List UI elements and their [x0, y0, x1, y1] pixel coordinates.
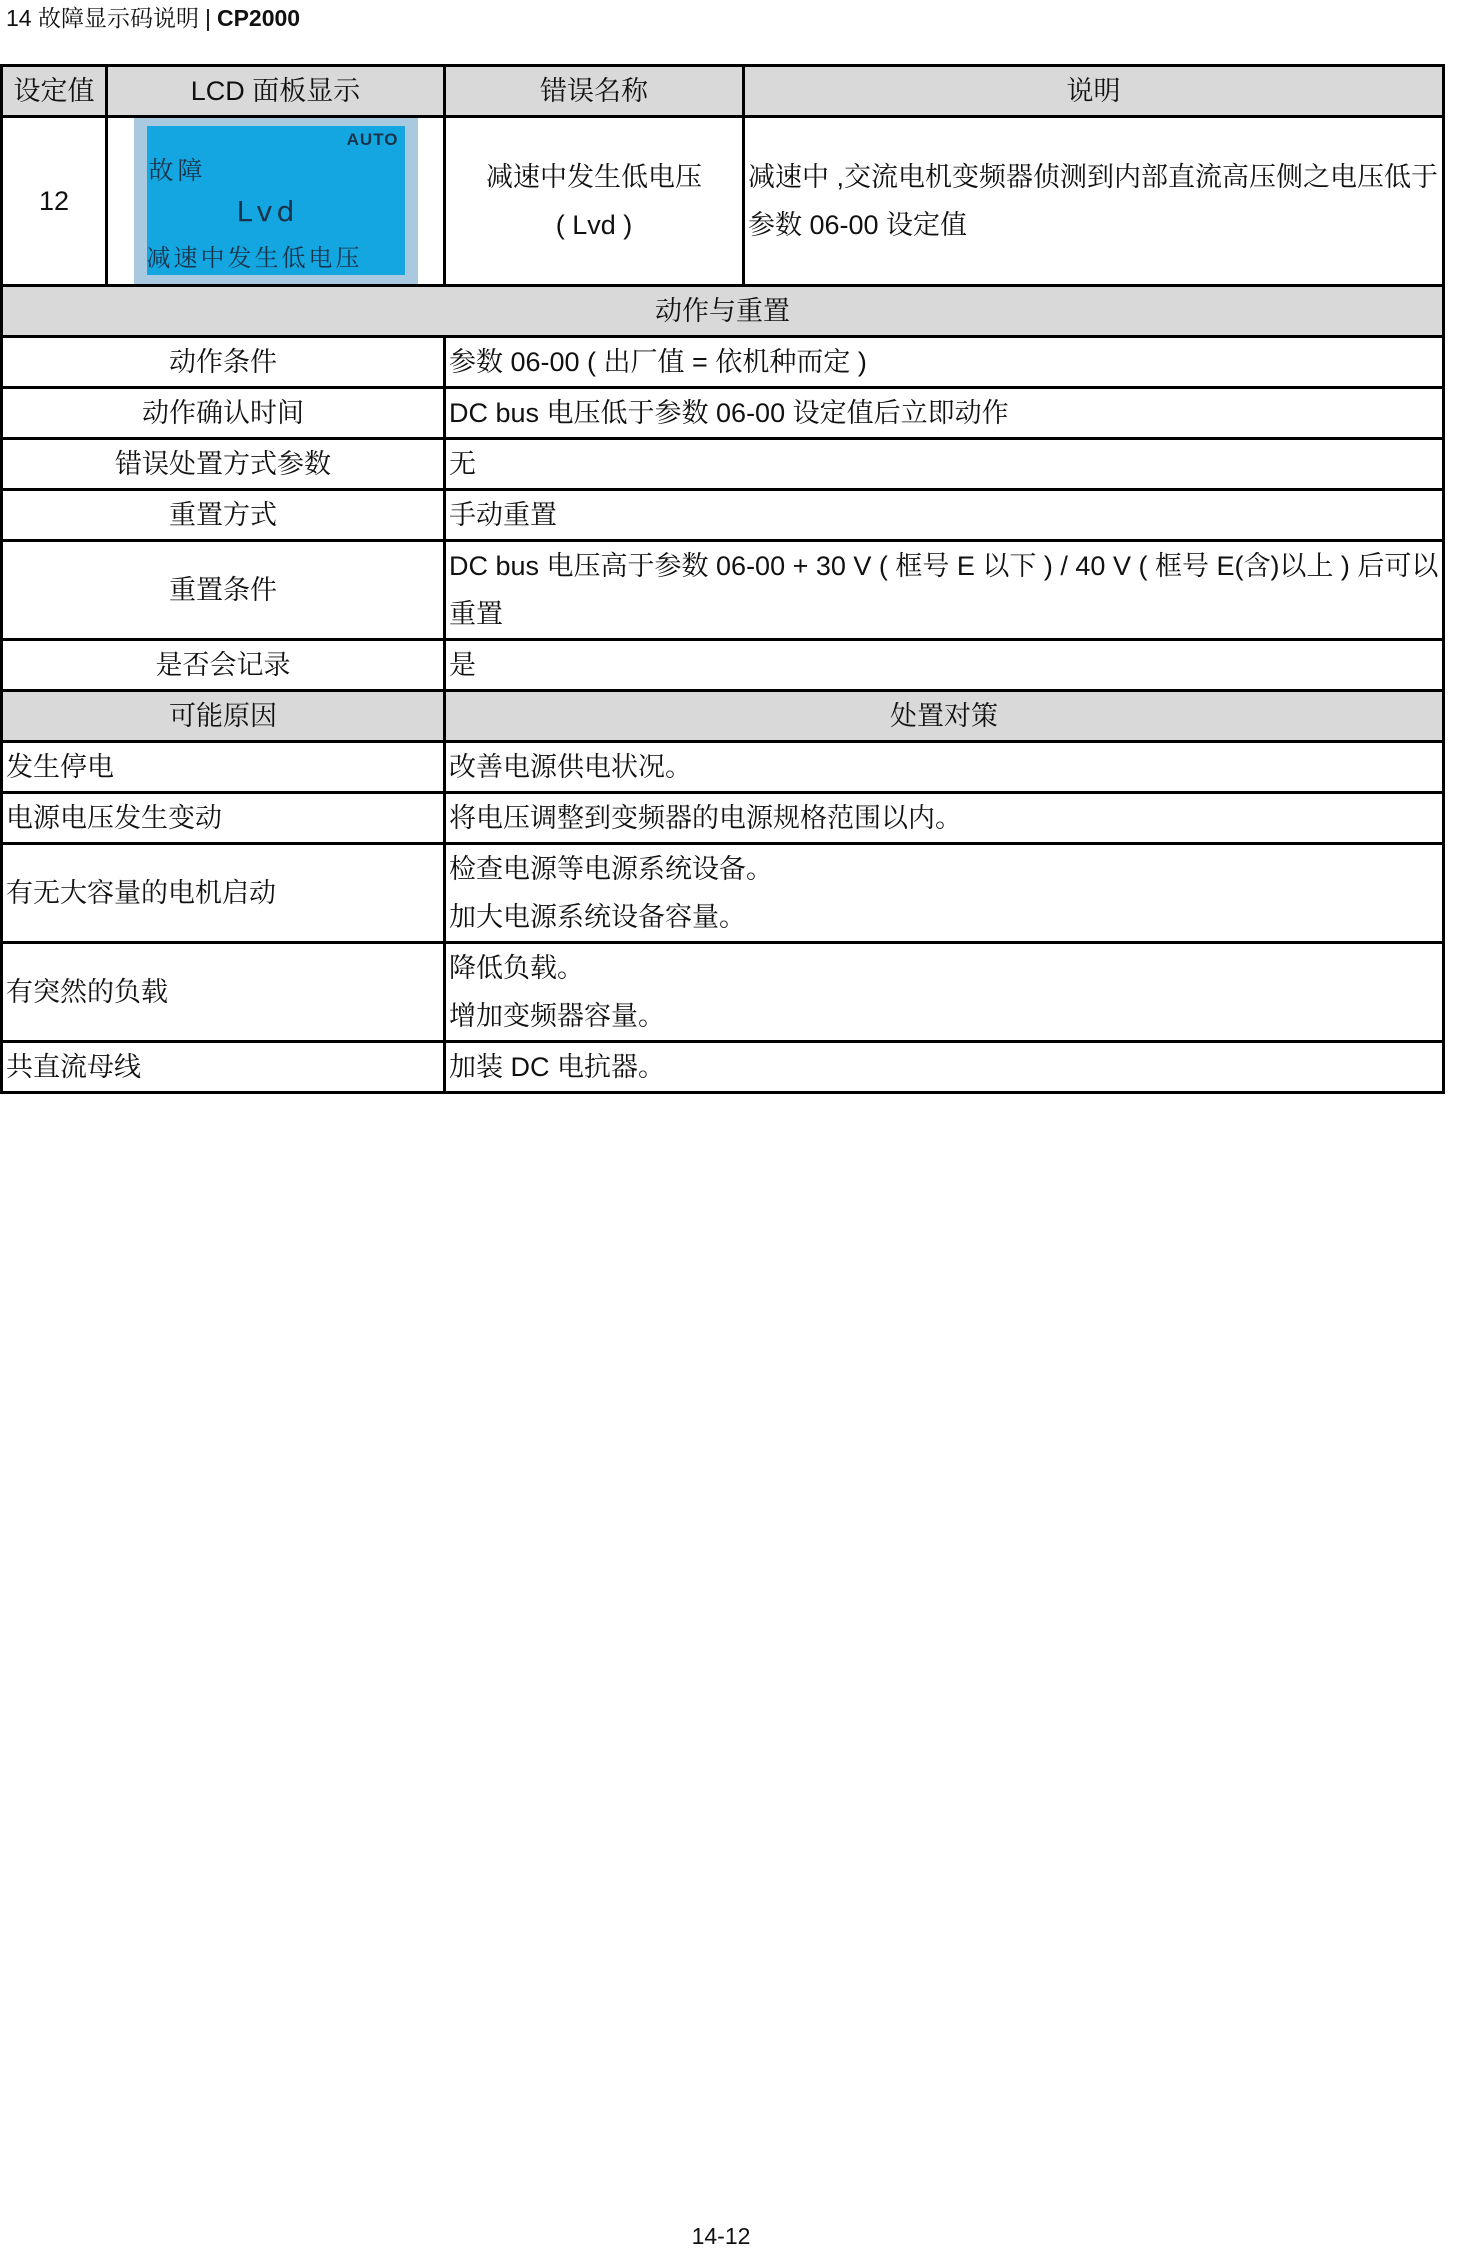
error-code: ( Lvd ): [449, 201, 739, 249]
countermeasure-cell: 检查电源等电源系统设备。 加大电源系统设备容量。: [445, 844, 1444, 943]
product-name: CP2000: [217, 5, 300, 31]
cause-text: 电源电压发生变动: [2, 793, 445, 844]
action-reset-value: 是: [445, 640, 1444, 691]
action-reset-label: 动作确认时间: [2, 388, 445, 439]
cause-text: 发生停电: [2, 742, 445, 793]
cause-text: 有无大容量的电机启动: [2, 844, 445, 943]
action-reset-value: 手动重置: [445, 490, 1444, 541]
section-header-action-reset: 动作与重置: [2, 286, 1444, 337]
action-reset-label: 是否会记录: [2, 640, 445, 691]
col-header-possible-cause: 可能原因: [2, 691, 445, 742]
error-name: 减速中发生低电压: [449, 153, 739, 201]
fault-code-table: 设定值 LCD 面板显示 错误名称 说明 12 AUTO 故障 Lvd 减速中发…: [0, 64, 1445, 1094]
setting-value: 12: [2, 117, 107, 286]
action-reset-label: 错误处置方式参数: [2, 439, 445, 490]
action-reset-value: DC bus 电压低于参数 06-00 设定值后立即动作: [445, 388, 1444, 439]
section-header-causes: 可能原因 处置对策: [2, 691, 1444, 742]
cause-row: 有无大容量的电机启动 检查电源等电源系统设备。 加大电源系统设备容量。: [2, 844, 1444, 943]
action-reset-label: 重置条件: [2, 541, 445, 640]
countermeasure-cell: 降低负载。 增加变频器容量。: [445, 943, 1444, 1042]
col-header-description: 说明: [744, 66, 1444, 117]
action-reset-row: 动作确认时间 DC bus 电压低于参数 06-00 设定值后立即动作: [2, 388, 1444, 439]
action-reset-row: 动作条件 参数 06-00 ( 出厂值 = 依机种而定 ): [2, 337, 1444, 388]
fault-row: 12 AUTO 故障 Lvd 减速中发生低电压 减速中发生低电压 ( Lvd )…: [2, 117, 1444, 286]
lcd-fault-label: 故障: [149, 156, 207, 186]
action-reset-value: 无: [445, 439, 1444, 490]
action-reset-label: 重置方式: [2, 490, 445, 541]
cause-text: 共直流母线: [2, 1042, 445, 1093]
action-reset-value: DC bus 电压高于参数 06-00 + 30 V ( 框号 E 以下 ) /…: [445, 541, 1444, 640]
lcd-panel: AUTO 故障 Lvd 减速中发生低电压: [134, 118, 418, 284]
countermeasure-text: 将电压调整到变频器的电源规格范围以内。: [449, 794, 1439, 842]
cause-row: 有突然的负载 降低负载。 增加变频器容量。: [2, 943, 1444, 1042]
action-reset-value: 参数 06-00 ( 出厂值 = 依机种而定 ): [445, 337, 1444, 388]
header-separator: |: [205, 5, 211, 31]
error-name-cell: 减速中发生低电压 ( Lvd ): [445, 117, 744, 286]
countermeasure-cell: 将电压调整到变频器的电源规格范围以内。: [445, 793, 1444, 844]
cause-row: 发生停电 改善电源供电状况。: [2, 742, 1444, 793]
cause-row: 电源电压发生变动 将电压调整到变频器的电源规格范围以内。: [2, 793, 1444, 844]
section-title-action-reset: 动作与重置: [2, 286, 1444, 337]
col-header-countermeasure: 处置对策: [445, 691, 1444, 742]
description: 减速中 ,交流电机变频器侦测到内部直流高压侧之电压低于参数 06-00 设定值: [744, 117, 1444, 286]
col-header-error-name: 错误名称: [445, 66, 744, 117]
cause-row: 共直流母线 加装 DC 电抗器。: [2, 1042, 1444, 1093]
countermeasure-text: 加大电源系统设备容量。: [449, 893, 1439, 941]
lcd-display-cell: AUTO 故障 Lvd 减速中发生低电压: [107, 117, 445, 286]
lcd-screen: AUTO 故障 Lvd 减速中发生低电压: [147, 126, 405, 275]
countermeasure-text: 检查电源等电源系统设备。: [449, 845, 1439, 893]
page-header: 14 故障显示码说明|CP2000: [6, 2, 300, 34]
countermeasure-text: 加装 DC 电抗器。: [449, 1043, 1439, 1091]
countermeasure-cell: 改善电源供电状况。: [445, 742, 1444, 793]
action-reset-row: 重置方式 手动重置: [2, 490, 1444, 541]
chapter-title: 14 故障显示码说明: [6, 5, 199, 31]
countermeasure-text: 改善电源供电状况。: [449, 743, 1439, 791]
lcd-fault-code: Lvd: [237, 196, 299, 228]
action-reset-row: 是否会记录 是: [2, 640, 1444, 691]
countermeasure-cell: 加装 DC 电抗器。: [445, 1042, 1444, 1093]
action-reset-row: 错误处置方式参数 无: [2, 439, 1444, 490]
lcd-fault-message: 减速中发生低电压: [147, 243, 363, 273]
cause-text: 有突然的负载: [2, 943, 445, 1042]
col-header-setting-value: 设定值: [2, 66, 107, 117]
col-header-lcd-display: LCD 面板显示: [107, 66, 445, 117]
countermeasure-text: 增加变频器容量。: [449, 992, 1439, 1040]
action-reset-row: 重置条件 DC bus 电压高于参数 06-00 + 30 V ( 框号 E 以…: [2, 541, 1444, 640]
column-header-row: 设定值 LCD 面板显示 错误名称 说明: [2, 66, 1444, 117]
page-number: 14-12: [0, 2222, 1442, 2250]
action-reset-label: 动作条件: [2, 337, 445, 388]
countermeasure-text: 降低负载。: [449, 944, 1439, 992]
lcd-mode-indicator: AUTO: [347, 130, 399, 150]
